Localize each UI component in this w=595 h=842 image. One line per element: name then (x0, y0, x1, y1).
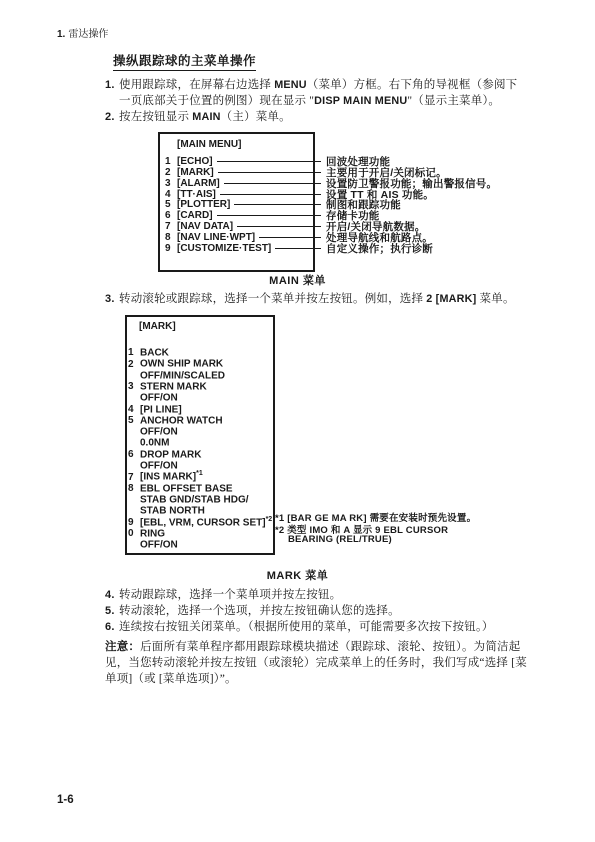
menu-item-description: 自定义操作；执行诊断 (326, 241, 433, 256)
page-header: 1.雷达操作 (57, 25, 108, 40)
step-1-line-1: 1.使用跟踪球，在屏幕右边选择 MENU（菜单）方框。右下角的导视框（参阅下 (105, 78, 517, 92)
step-number: 2. (105, 110, 119, 124)
main-keyword: MAIN (192, 111, 220, 123)
menu-item-number: 2 (165, 167, 177, 178)
manual-page: 1.雷达操作 操纵跟踪球的主菜单操作 1.使用跟踪球，在屏幕右边选择 MENU（… (0, 0, 595, 842)
step-4: 4.转动跟踪球，选择一个菜单项并按左按钮。 (105, 588, 341, 602)
menu-item-label: [ECHO] (177, 156, 217, 167)
main-menu-row-left: 2 [MARK] (165, 167, 321, 178)
chapter-title: 雷达操作 (68, 29, 108, 40)
menu-item-number: 1 (165, 156, 177, 167)
menu-item-label: [PLOTTER] (177, 199, 234, 210)
connector-line (217, 215, 321, 216)
main-menu-box-title: [MAIN MENU] (177, 139, 241, 150)
menu-item-number: 7 (165, 221, 177, 232)
connector-line (234, 204, 321, 205)
menu-item-number: 8 (165, 232, 177, 243)
step-number: 4. (105, 588, 119, 602)
menu-item-label: [TT·AIS] (177, 189, 220, 200)
step-text: 一页底部关于位置的例图）现在显示 " (119, 95, 314, 107)
step-2: 2.按左按钮显示 MAIN（主）菜单。 (105, 110, 291, 124)
connector-line (224, 183, 321, 184)
main-menu-caption: MAIN 菜单 (0, 272, 595, 288)
main-menu-row-left: 9 [CUSTOMIZE·TEST] (165, 243, 321, 254)
menu-item-number: 5 (165, 199, 177, 210)
menu-item-label: [NAV DATA] (177, 221, 237, 232)
menu-item-label: [CARD] (177, 210, 217, 221)
footnote-reference: *1 (196, 470, 203, 477)
mark-menu-box-title: [MARK] (139, 321, 176, 332)
menu-item-label: [ALARM] (177, 178, 224, 189)
mark-menu-caption: MARK 菜单 (0, 567, 595, 583)
step-text: （主）菜单。 (221, 111, 291, 123)
step-text: 转动跟踪球，选择一个菜单项并按左按钮。 (119, 589, 341, 601)
connector-line (218, 172, 321, 173)
main-menu-row: 9 [CUSTOMIZE·TEST] 自定义操作；执行诊断 (165, 243, 433, 253)
step-number: 6. (105, 620, 119, 634)
menu-item-number: 9 (165, 243, 177, 254)
step-5: 5.转动滚轮，选择一个选项，并按左按钮确认您的选择。 (105, 604, 400, 618)
main-menu-row-left: 6 [CARD] (165, 210, 321, 221)
note-line-1: 注意：后面所有菜单程序都用跟踪球模块描述（跟踪球、滚轮、按钮）。为简洁起 (105, 640, 520, 654)
connector-line (217, 161, 321, 162)
footnote-marker: *2 (275, 525, 284, 536)
connector-line (275, 248, 321, 249)
mark-menu-row: OFF/ON (128, 538, 178, 550)
footnote-reference: *2 (266, 516, 273, 523)
menu-item-label: [MARK] (177, 167, 218, 178)
note-line-2: 见，当您转动滚轮并按左按钮（或滚轮）完成菜单上的任务时，我们写成“选择 [菜 (105, 656, 527, 670)
menu-keyword: MENU (274, 79, 307, 91)
footnote-2-line-2: BEARING (REL/TRUE) (288, 534, 392, 545)
step-3: 3.转动滚轮或跟踪球，选择一个菜单并按左按钮。例如，选择 2 [MARK] 菜单… (105, 292, 515, 306)
main-menu-row-left: 1 [ECHO] (165, 156, 321, 167)
step-text: 转动滚轮或跟踪球，选择一个菜单并按左按钮。例如，选择 (119, 293, 426, 305)
connector-line (259, 237, 321, 238)
main-menu-row-left: 8 [NAV LINE·WPT] (165, 232, 321, 243)
step-text: 连续按右按钮关闭菜单。（根据所使用的菜单，可能需要多次按下按钮。） (119, 621, 494, 633)
step-text: （菜单）方框。右下角的导视框（参阅下 (307, 79, 518, 91)
step-text: 菜单。 (476, 293, 514, 305)
note-label: 注意： (105, 641, 140, 653)
step-1-line-2: 一页底部关于位置的例图）现在显示 "DISP MAIN MENU"（显示主菜单）… (119, 94, 500, 108)
note-line-3: 单项]（或 [菜单选项]）”。 (105, 672, 237, 686)
menu-item-label: [NAV LINE·WPT] (177, 232, 259, 243)
menu-item-label: [CUSTOMIZE·TEST] (177, 243, 275, 254)
main-menu-row-left: 4 [TT·AIS] (165, 189, 321, 200)
step-number: 1. (105, 78, 119, 92)
step-text: "（显示主菜单）。 (407, 95, 500, 107)
main-menu-row-left: 7 [NAV DATA] (165, 221, 321, 232)
menu-item-number: 3 (165, 178, 177, 189)
mark-keyword: 2 [MARK] (426, 293, 476, 305)
chapter-number: 1. (57, 29, 65, 40)
menu-item-text: OFF/ON (140, 539, 178, 550)
main-menu-row-left: 3 [ALARM] (165, 178, 321, 189)
page-number: 1-6 (57, 794, 74, 806)
step-number: 3. (105, 292, 119, 306)
note-text: 后面所有菜单程序都用跟踪球模块描述（跟踪球、滚轮、按钮）。为简洁起 (140, 641, 520, 653)
step-text: 使用跟踪球，在屏幕右边选择 (119, 79, 274, 91)
menu-item-number: 6 (165, 210, 177, 221)
disp-main-menu-keyword: DISP MAIN MENU (314, 95, 407, 107)
connector-line (220, 194, 321, 195)
step-6: 6.连续按右按钮关闭菜单。（根据所使用的菜单，可能需要多次按下按钮。） (105, 620, 494, 634)
connector-line (237, 226, 321, 227)
section-title: 操纵跟踪球的主菜单操作 (113, 51, 256, 71)
step-text: 按左按钮显示 (119, 111, 192, 123)
main-menu-row-left: 5 [PLOTTER] (165, 199, 321, 210)
step-number: 5. (105, 604, 119, 618)
menu-item-number: 4 (165, 189, 177, 200)
step-text: 转动滚轮，选择一个选项，并按左按钮确认您的选择。 (119, 605, 400, 617)
